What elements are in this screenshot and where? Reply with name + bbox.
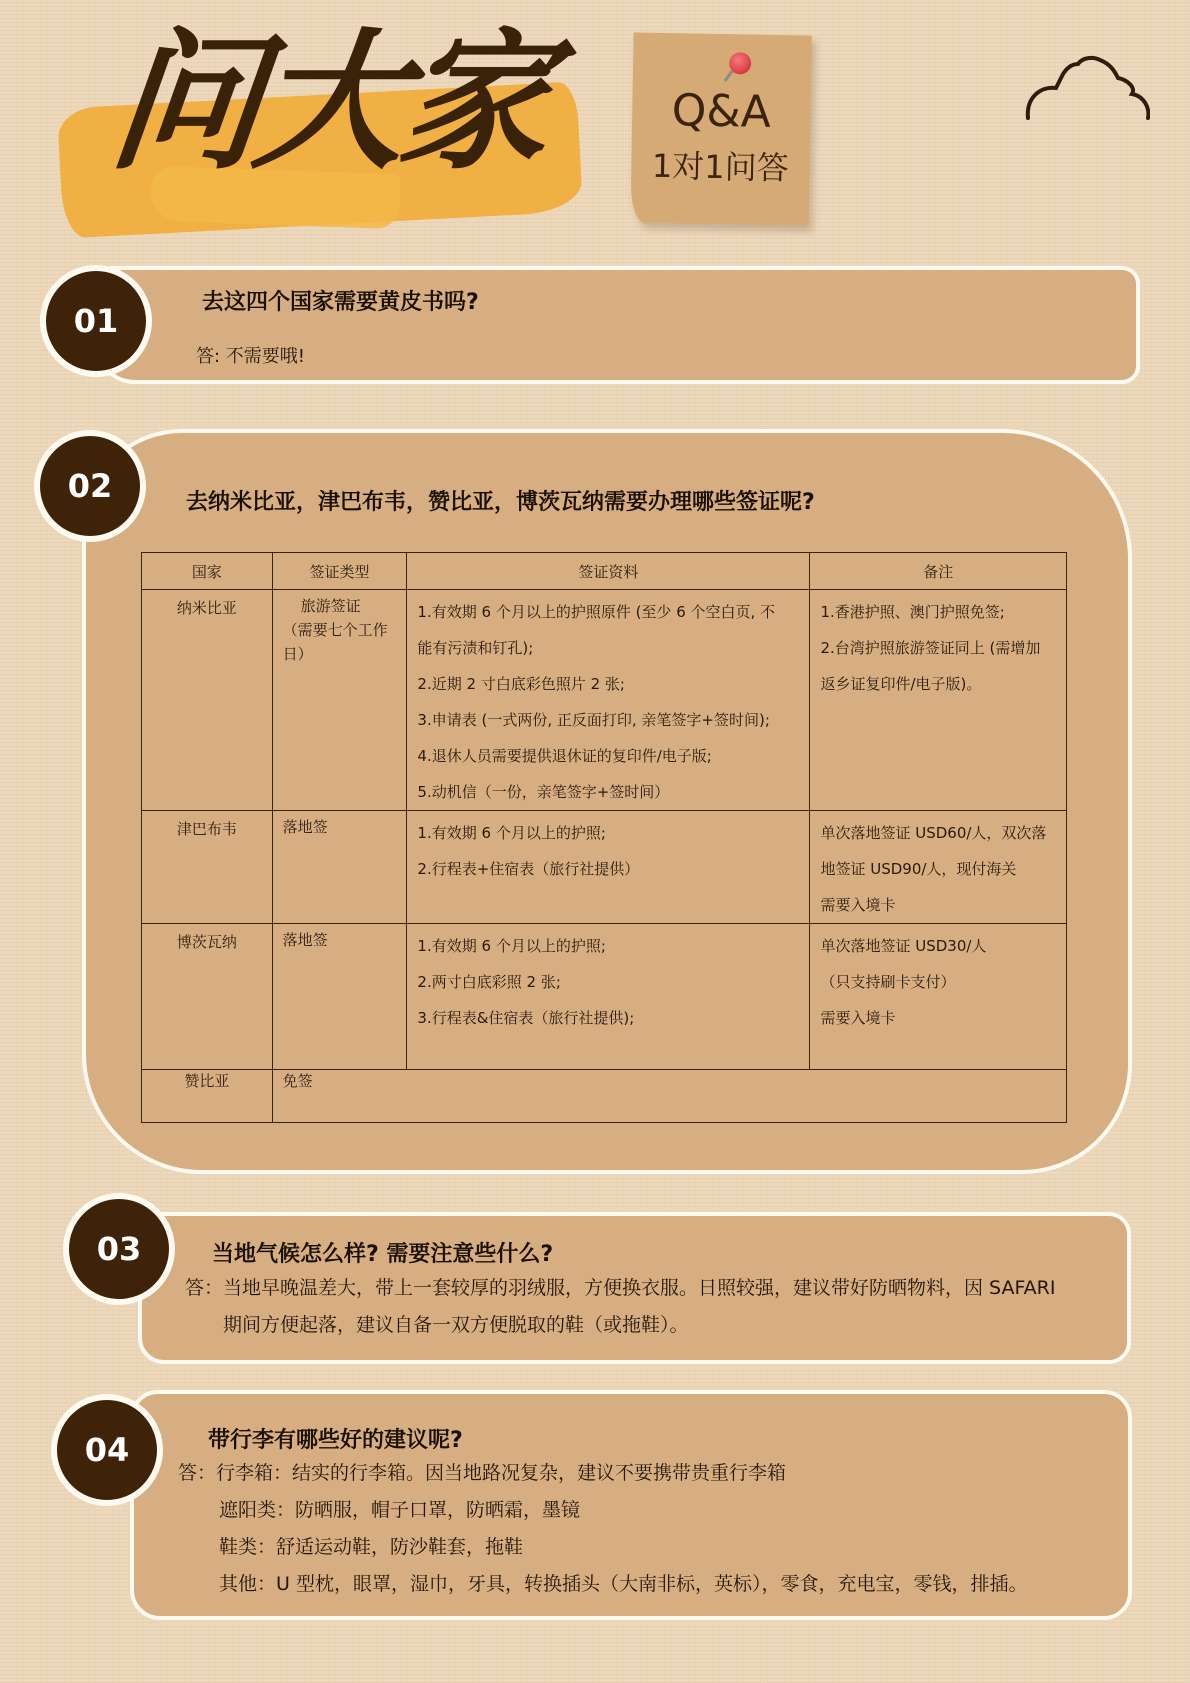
answer-03-line-1: 答：当地早晚温差大，带上一套较厚的羽绒服，方便换衣服。日照较强，建议带好防晒物料… [185,1270,1055,1307]
cell-note-line: 2.台湾护照旅游签证同上 (需增加 [820,630,1056,666]
cell-document-line: 1.有效期 6 个月以上的护照原件 (至少 6 个空白页, 不 [417,594,799,630]
cell-document-line: 3.申请表 (一式两份, 正反面打印, 亲笔签字+签时间); [417,702,799,738]
table-row-zimbabwe: 津巴布韦 落地签 1.有效期 6 个月以上的护照; 2.行程表+住宿表（旅行社提… [142,811,1067,924]
page-title: 问大家 [104,28,552,178]
cell-document-line: 2.行程表+住宿表（旅行社提供） [417,851,799,887]
cell-note-line: 地签证 USD90/人，现付海关 [820,851,1056,887]
cell-note-line: 1.香港护照、澳门护照免签; [820,594,1056,630]
answer-04-line-3: 鞋类：舒适运动鞋，防沙鞋套，拖鞋 [219,1529,523,1566]
cell-document-line: 2.两寸白底彩照 2 张; [417,964,799,1000]
question-02: 去纳米比亚，津巴布韦，赞比亚，博茨瓦纳需要办理哪些签证呢? [186,485,815,516]
qa-sticky-note: Q&A 1对1问答 [630,32,811,225]
cell-note-line: 单次落地签证 USD30/人 [820,928,1056,964]
cell-document-line: 能有污渍和钉孔); [417,630,799,666]
answer-04-line-1: 答：行李箱：结实的行李箱。因当地路况复杂，建议不要携带贵重行李箱 [178,1455,786,1492]
table-row-namibia: 纳米比亚 旅游签证 （需要七个工作 日） 1.有效期 6 个月以上的护照原件 (… [142,590,1067,811]
cell-document-line: 5.动机信（一份，亲笔签字+签时间） [417,774,799,810]
cell-visa-type-line: 旅游签证 [283,594,403,618]
question-04: 带行李有哪些好的建议呢? [208,1423,463,1454]
sticky-note-title: Q&A [632,84,811,138]
cell-note-line: 需要入境卡 [820,1000,1056,1036]
answer-04-line-2: 遮阳类：防晒服，帽子口罩，防晒霜，墨镜 [219,1492,580,1529]
cell-document-line: 1.有效期 6 个月以上的护照; [417,815,799,851]
cell-visa-type-line: 落地签 [273,924,407,952]
pushpin-needle [724,70,733,81]
visa-table: 国家 签证类型 签证资料 备注 纳米比亚 旅游签证 （需要七个工作 日） 1.有… [141,552,1067,1123]
table-header-row: 国家 签证类型 签证资料 备注 [142,553,1067,590]
cell-country: 博茨瓦纳 [142,924,272,956]
column-header-visa-type: 签证类型 [272,553,407,590]
question-03: 当地气候怎么样? 需要注意些什么? [212,1237,553,1268]
number-badge-02: 02 [34,430,146,542]
answer-04-line-4: 其他：U 型枕，眼罩，湿巾，牙具，转换插头（大南非标，英标），零食，充电宝，零钱… [219,1566,1027,1603]
answer-03-line-2: 期间方便起落，建议自备一双方便脱取的鞋（或拖鞋）。 [223,1307,689,1344]
cell-visa-type-line: 落地签 [273,811,407,839]
cell-document-line: 4.退休人员需要提供退休证的复印件/电子版; [417,738,799,774]
cell-note-line: 单次落地签证 USD60/人，双次落 [820,815,1056,851]
cell-visa-type-line: 免签 [273,1070,1066,1091]
cell-document-line: 2.近期 2 寸白底彩色照片 2 张; [417,666,799,702]
number-badge-03: 03 [63,1193,175,1305]
cell-document-line: 1.有效期 6 个月以上的护照; [417,928,799,964]
answer-01: 答: 不需要哦! [196,338,305,375]
cell-note-line: 返乡证复印件/电子版)。 [820,666,1056,702]
number-badge-01: 01 [40,265,152,377]
cell-visa-type-line: （需要七个工作 [283,618,403,642]
cell-note-line: 需要入境卡 [820,887,1056,923]
cell-country: 津巴布韦 [142,811,272,843]
cell-country: 赞比亚 [142,1070,272,1091]
column-header-notes: 备注 [810,553,1067,590]
table-row-zambia: 赞比亚 免签 [142,1070,1067,1123]
cell-document-line: 3.行程表&住宿表（旅行社提供); [417,1000,799,1036]
cell-visa-type-line: 日） [283,642,403,666]
column-header-country: 国家 [142,553,273,590]
column-header-documents: 签证资料 [407,553,810,590]
question-01: 去这四个国家需要黄皮书吗? [202,285,479,316]
cell-country: 纳米比亚 [142,590,272,622]
cell-note-line: （只支持刷卡支付） [820,964,1056,1000]
number-badge-04: 04 [51,1394,163,1506]
sticky-note-subtitle: 1对1问答 [631,140,810,189]
table-row-botswana: 博茨瓦纳 落地签 1.有效期 6 个月以上的护照; 2.两寸白底彩照 2 张; … [142,924,1067,1070]
cloud-icon [1020,48,1150,123]
pushpin-icon [729,52,751,74]
